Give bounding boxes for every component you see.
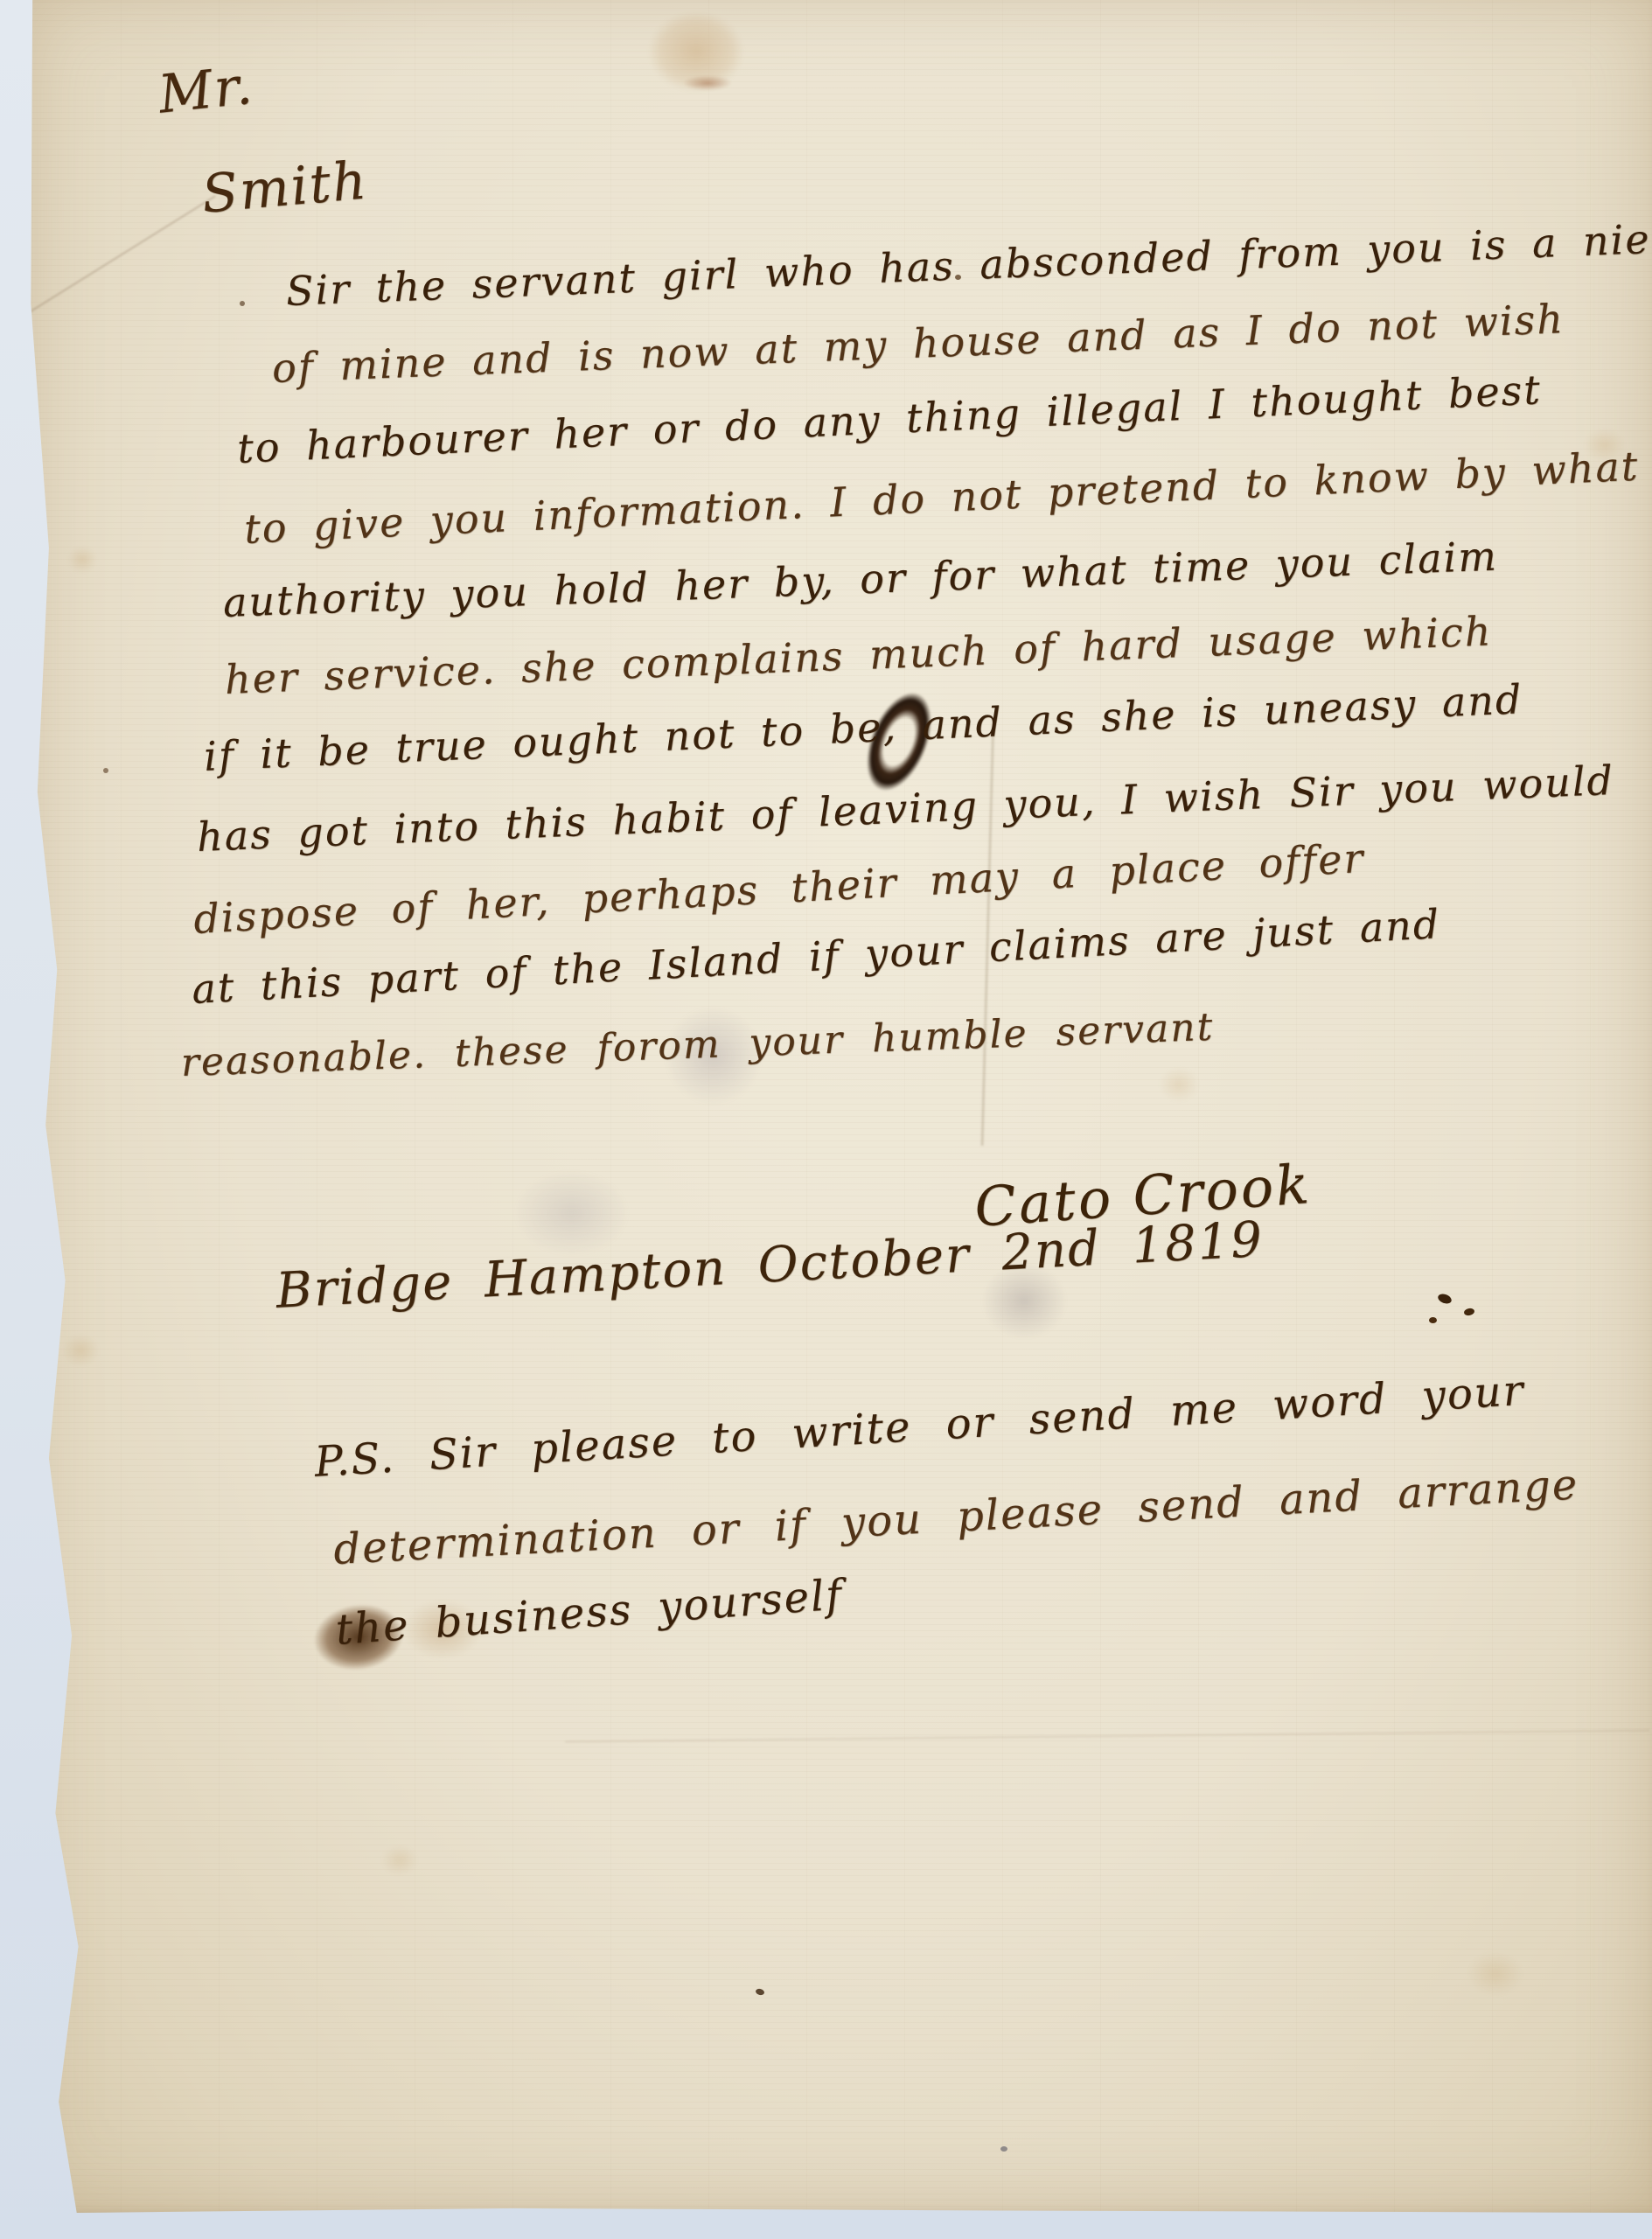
ink-speck [1000, 2146, 1007, 2152]
top-stain [635, 0, 757, 103]
lower-crease [565, 1730, 1649, 1743]
ink-speck [1437, 1293, 1453, 1306]
ink-speck [103, 768, 108, 773]
letter-line: reasonable. these forom your humble serv… [180, 1005, 1215, 1085]
fox-spot [63, 542, 101, 577]
ink-speck [1429, 1317, 1437, 1323]
scanned-letter: Mr. Smith Sir the servant girl who has a… [0, 0, 1652, 2239]
letter-line: authority you hold her by, or for what t… [222, 533, 1499, 626]
recipient-name: Smith [199, 150, 370, 225]
fox-spot [56, 1329, 105, 1371]
postscript-line: determination or if you please send and … [332, 1460, 1580, 1574]
fox-spot [376, 1840, 423, 1880]
recipient-title: Mr. [156, 55, 256, 126]
postscript-line: the business yourself [334, 1570, 845, 1654]
letter-paper: Mr. Smith Sir the servant girl who has a… [23, 0, 1652, 2213]
postscript-line: P.S. Sir please to write or send me word… [313, 1366, 1526, 1487]
corner-crease [22, 195, 216, 317]
ink-speck [1463, 1308, 1474, 1316]
fox-spot [1459, 1945, 1532, 2003]
dateline: Bridge Hampton October 2nd 1819 [275, 1211, 1265, 1320]
ink-speck [755, 1988, 764, 1996]
fox-spot [1153, 1062, 1205, 1107]
top-stain-rim [677, 73, 738, 93]
ink-speck [240, 301, 245, 306]
letter-line: has got into this habit of leaving you, … [196, 757, 1615, 861]
